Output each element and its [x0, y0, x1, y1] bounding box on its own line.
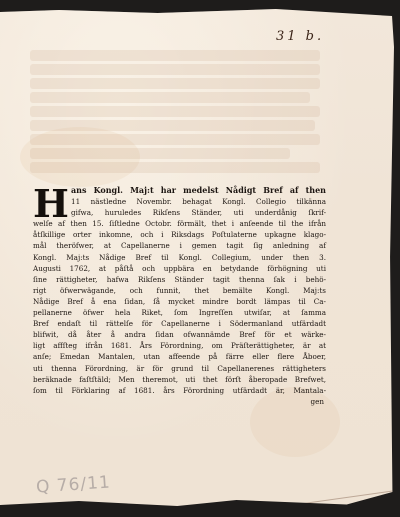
text-line: 11 nästledne Novembr. behagat Kongl. Col…	[33, 196, 326, 207]
text-line: Bref endaſt til rättelſe för Capellanern…	[33, 318, 326, 329]
text-line: ligt affſteg ifrån 1681. Års Förordning,…	[33, 340, 326, 351]
show-through-line	[30, 50, 320, 61]
show-through-line	[30, 64, 320, 75]
show-through-line	[30, 78, 320, 89]
text-line: welſe af then 15. ſiſtledne Octobr. förm…	[33, 218, 326, 229]
text-line: anſe; Emedan Mantalen, utan affeende på …	[33, 351, 326, 362]
text-line: uti thenna Förordning, är för grund til …	[33, 363, 326, 374]
text-line: Nådige Bref å ena ſidan, ſå mycket mindr…	[33, 296, 326, 307]
handwritten-shelfmark: 31 b.	[276, 29, 324, 44]
show-through-line	[30, 106, 320, 117]
text-line: rigt öfwerwägande, och funnit, thet bemä…	[33, 285, 326, 296]
text-line: mål theröfwer, at Capellanerne i gemen t…	[33, 240, 326, 251]
catchword: gen	[33, 396, 326, 407]
paper-crease	[256, 490, 395, 510]
text-line: blifwit, då åter å andra ſidan ofwannämd…	[33, 329, 326, 340]
pencil-annotation: Q 76/11	[35, 472, 111, 497]
body-text: H ans Kongl. Maj:t har medelst Nådigt Br…	[33, 185, 326, 407]
text-line: åtſkillige orter inkomne, och i Riksdags…	[33, 229, 326, 240]
text-line: ſine rättigheter, hafwa Rikſens Ständer …	[33, 274, 326, 285]
drop-cap: H	[33, 186, 67, 222]
show-through-line	[30, 92, 310, 103]
text-line: ſom til Förklaring af 1681. års Förordni…	[33, 385, 326, 396]
text-line: pellanerne öfwer hela Riket, ſom Ingreſſ…	[33, 307, 326, 318]
text-line: Augusti 1762, at påſtå och uppbära en be…	[33, 263, 326, 274]
text-line: ans Kongl. Maj:t har medelst Nådigt Bref…	[33, 185, 326, 196]
paper-stain	[20, 127, 140, 187]
text-line: gifwa, huruledes Rikſens Ständer, uti un…	[33, 207, 326, 218]
text-line: beräknade faſtſtäld; Men theremot, uti t…	[33, 374, 326, 385]
text-line: Kongl. Maj:ts Nådige Bref til Kongl. Col…	[33, 252, 326, 263]
